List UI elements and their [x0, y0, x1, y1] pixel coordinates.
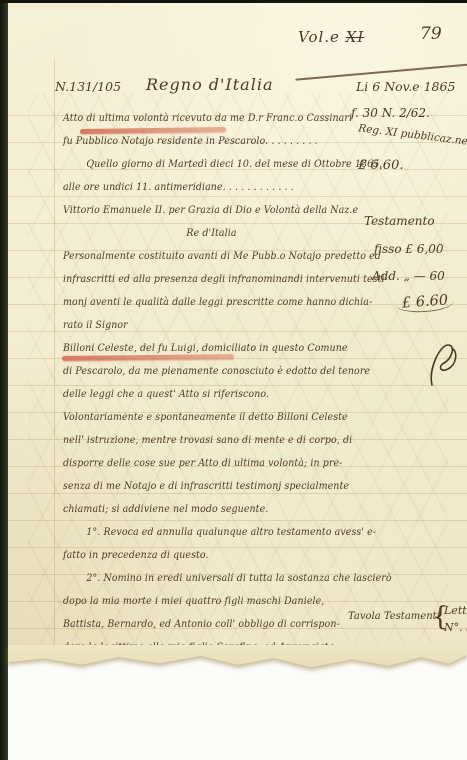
act-body-text: Atto di ultima volontà ricevuto da me D.… — [63, 107, 360, 659]
act-number: N.131/105 — [55, 79, 121, 94]
fee-fixed: fisso £ 6,00 — [374, 242, 444, 256]
manuscript-line: infrascritti ed alla presenza degli infr… — [63, 268, 360, 291]
manuscript-line: 1°. Revoca ed annulla qualunque altro te… — [63, 521, 360, 544]
manuscript-line: di Pescarolo, da me pienamente conosciut… — [63, 360, 360, 383]
left-margin-rule — [54, 59, 55, 651]
manuscript-line: Battista, Bernardo, ed Antonio coll' obb… — [63, 613, 360, 636]
manuscript-line: Volontariamente e spontaneamente il dett… — [63, 406, 360, 429]
manuscript-line: chiamati; si addiviene nel modo seguente… — [63, 498, 360, 521]
folio-number: 79 — [420, 24, 442, 44]
manuscript-line: senza di me Notajo e di infrascritti tes… — [63, 475, 360, 498]
scanned-document: Vol.e XI 79 N.131/105 Regno d'Italia Li … — [0, 0, 467, 760]
manuscript-line: 2°. Nomino in eredi universali di tutta … — [63, 567, 360, 590]
date-line: Li 6 Nov.e 1865 — [356, 79, 455, 94]
kingdom-title: Regno d'Italia — [146, 75, 273, 94]
manuscript-page: Vol.e XI 79 N.131/105 Regno d'Italia Li … — [8, 3, 467, 648]
manuscript-line: monj aventi le qualità dalle leggi presc… — [63, 291, 360, 314]
torn-bottom-edge — [8, 645, 467, 671]
publication-note: Reg. XI pubblicaz.ne — [358, 122, 467, 147]
manuscript-line: disporre delle cose sue per Atto di ulti… — [63, 452, 360, 475]
manuscript-line: Vittorio Emanuele II. per Grazia di Dio … — [63, 199, 360, 222]
manuscript-line: Personalmente costituito avanti di Me Pu… — [63, 245, 360, 268]
manuscript-line: delle leggi che a quest' Atto si riferis… — [63, 383, 360, 406]
manuscript-line: nell' istruzione, mentre trovasi sano di… — [63, 429, 360, 452]
filing-letter: Lett. B — [444, 604, 467, 617]
manuscript-line: Quello giorno di Martedì dieci 10. del m… — [63, 153, 360, 176]
filing-note-label: Tavola Testamenti — [348, 611, 440, 622]
manuscript-line: fatto in precedenza di questo. — [63, 544, 360, 567]
notary-paraph-icon — [426, 339, 462, 391]
registration-note: f. 30 N. 2/62. — [351, 106, 430, 120]
manuscript-line: rato il Signor — [63, 314, 360, 337]
torn-bottom-edge-shape — [8, 645, 467, 671]
fee-total: £ 6.60 — [395, 292, 454, 314]
filing-number: N°. 52 — [444, 621, 467, 634]
manuscript-line: Re d'Italia — [63, 222, 360, 245]
manuscript-line: dopo la mia morte i miei quattro figli m… — [63, 590, 360, 613]
volume-prefix: Vol.e — [298, 28, 340, 46]
volume-number-crossed: XI — [346, 28, 365, 46]
act-type-label: Testamento — [364, 214, 435, 228]
book-binding-edge — [0, 0, 8, 760]
volume-label: Vol.e XI — [298, 28, 364, 46]
manuscript-line: alle ore undici 11. antimeridiane. . . .… — [63, 176, 360, 199]
